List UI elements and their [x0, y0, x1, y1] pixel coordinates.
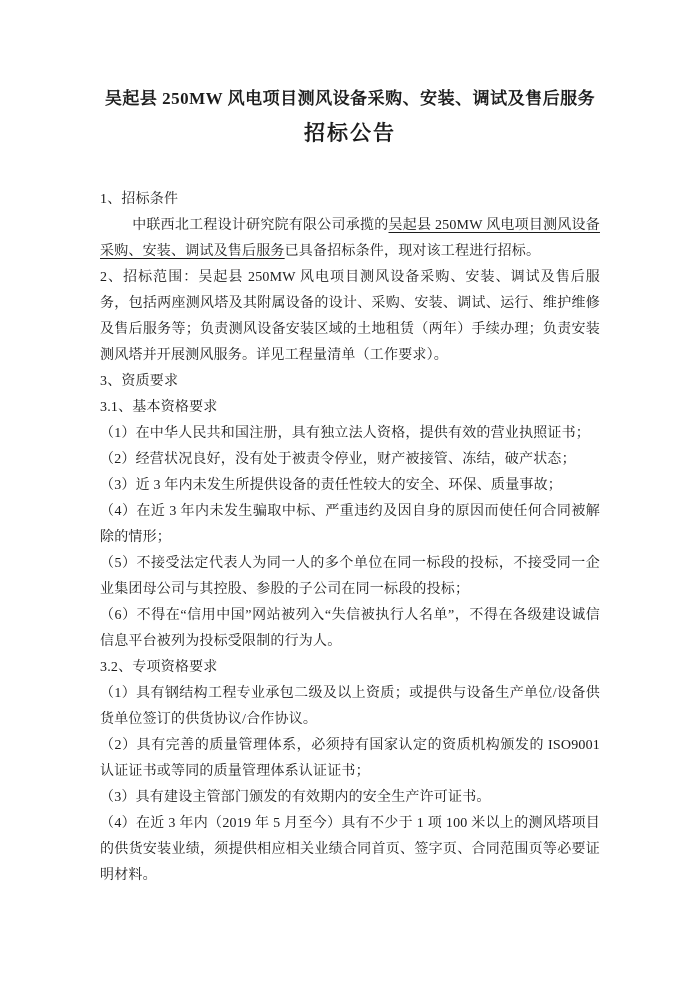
- section-1-heading: 1、招标条件: [100, 187, 600, 213]
- intro-suffix-text: 已具备招标条件，现对该工程进行招标。: [285, 244, 541, 259]
- basic-requirement-item-6: （6）不得在“信用中国”网站被列入“失信被执行人名单”，不得在各级建设诚信信息平…: [100, 603, 600, 655]
- special-requirement-item-4: （4）在近 3 年内（2019 年 5 月至今）具有不少于 1 项 100 米以…: [100, 811, 600, 889]
- document-title: 吴起县 250MW 风电项目测风设备采购、安装、调试及售后服务: [0, 86, 700, 112]
- section-3-1-heading: 3.1、基本资格要求: [100, 395, 600, 421]
- document-subtitle: 招标公告: [0, 118, 700, 148]
- basic-requirement-item-1: （1）在中华人民共和国注册，具有独立法人资格，提供有效的营业执照证书；: [100, 421, 600, 447]
- basic-requirement-item-4: （4）在近 3 年内未发生骗取中标、严重违约及因自身的原因而使任何合同被解除的情…: [100, 499, 600, 551]
- section-1-paragraph: 中联西北工程设计研究院有限公司承揽的吴起县 250MW 风电项目测风设备采购、安…: [100, 213, 600, 265]
- section-3-2-heading: 3.2、专项资格要求: [100, 655, 600, 681]
- document-page: 吴起县 250MW 风电项目测风设备采购、安装、调试及售后服务 招标公告 1、招…: [0, 0, 700, 990]
- document-body: 1、招标条件 中联西北工程设计研究院有限公司承揽的吴起县 250MW 风电项目测…: [100, 187, 600, 889]
- special-requirement-item-3: （3）具有建设主管部门颁发的有效期内的安全生产许可证书。: [100, 785, 600, 811]
- basic-requirement-item-3: （3）近 3 年内未发生所提供设备的责任性较大的安全、环保、质量事故；: [100, 473, 600, 499]
- basic-requirement-item-5: （5）不接受法定代表人为同一人的多个单位在同一标段的投标，不接受同一企业集团母公…: [100, 551, 600, 603]
- section-3-heading: 3、资质要求: [100, 369, 600, 395]
- title-block: 吴起县 250MW 风电项目测风设备采购、安装、调试及售后服务 招标公告: [0, 0, 700, 148]
- basic-requirement-item-2: （2）经营状况良好，没有处于被责令停业，财产被接管、冻结，破产状态；: [100, 447, 600, 473]
- special-requirement-item-1: （1）具有钢结构工程专业承包二级及以上资质；或提供与设备生产单位/设备供货单位签…: [100, 681, 600, 733]
- intro-prefix-text: 中联西北工程设计研究院有限公司承揽的: [132, 218, 388, 233]
- document-viewport: { "colors": { "page_background": "#fffff…: [0, 0, 700, 990]
- section-2-scope-paragraph: 2、招标范围：吴起县 250MW 风电项目测风设备采购、安装、调试及售后服务，包…: [100, 265, 600, 369]
- special-requirement-item-2: （2）具有完善的质量管理体系，必须持有国家认定的资质机构颁发的 ISO9001 …: [100, 733, 600, 785]
